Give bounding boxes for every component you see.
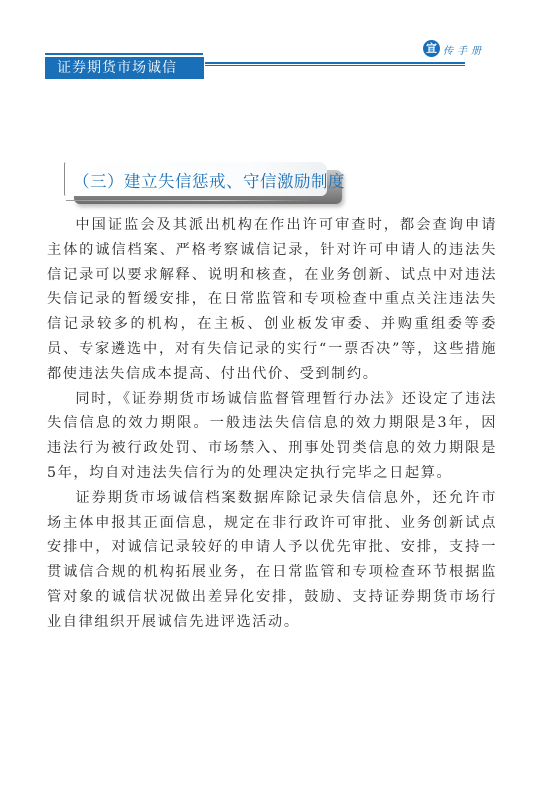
brand-text: 传手册: [443, 42, 485, 57]
section-heading: （三）建立失信惩戒、守信激励制度: [64, 162, 344, 206]
paragraph: 同时，《证券期货市场诚信监督管理暂行办法》还设定了违法失信信息的效力期限。一般违…: [47, 387, 497, 486]
section-title: （三）建立失信惩戒、守信激励制度: [73, 168, 345, 192]
body-text: 中国证监会及其派出机构在作出许可审查时，都会查询申请主体的诚信档案、严格考察诚信…: [47, 213, 497, 635]
section-underline: [66, 200, 316, 201]
brand-mark: 宣 传手册: [423, 37, 485, 59]
header-rule-thick: [205, 62, 465, 64]
paragraph: 证券期货市场诚信档案数据库除记录失信信息外，还允许市场主体申报其正面信息，规定在…: [47, 486, 497, 635]
book-title: 证券期货市场诚信: [45, 57, 204, 79]
paragraph: 中国证监会及其派出机构在作出许可审查时，都会查询申请主体的诚信档案、严格考察诚信…: [47, 213, 497, 387]
header-rule-thin: [205, 65, 465, 66]
brand-badge-icon: 宣: [423, 40, 440, 57]
header-top-rule: [45, 53, 203, 55]
section-heading-box: （三）建立失信惩戒、守信激励制度: [64, 162, 327, 196]
